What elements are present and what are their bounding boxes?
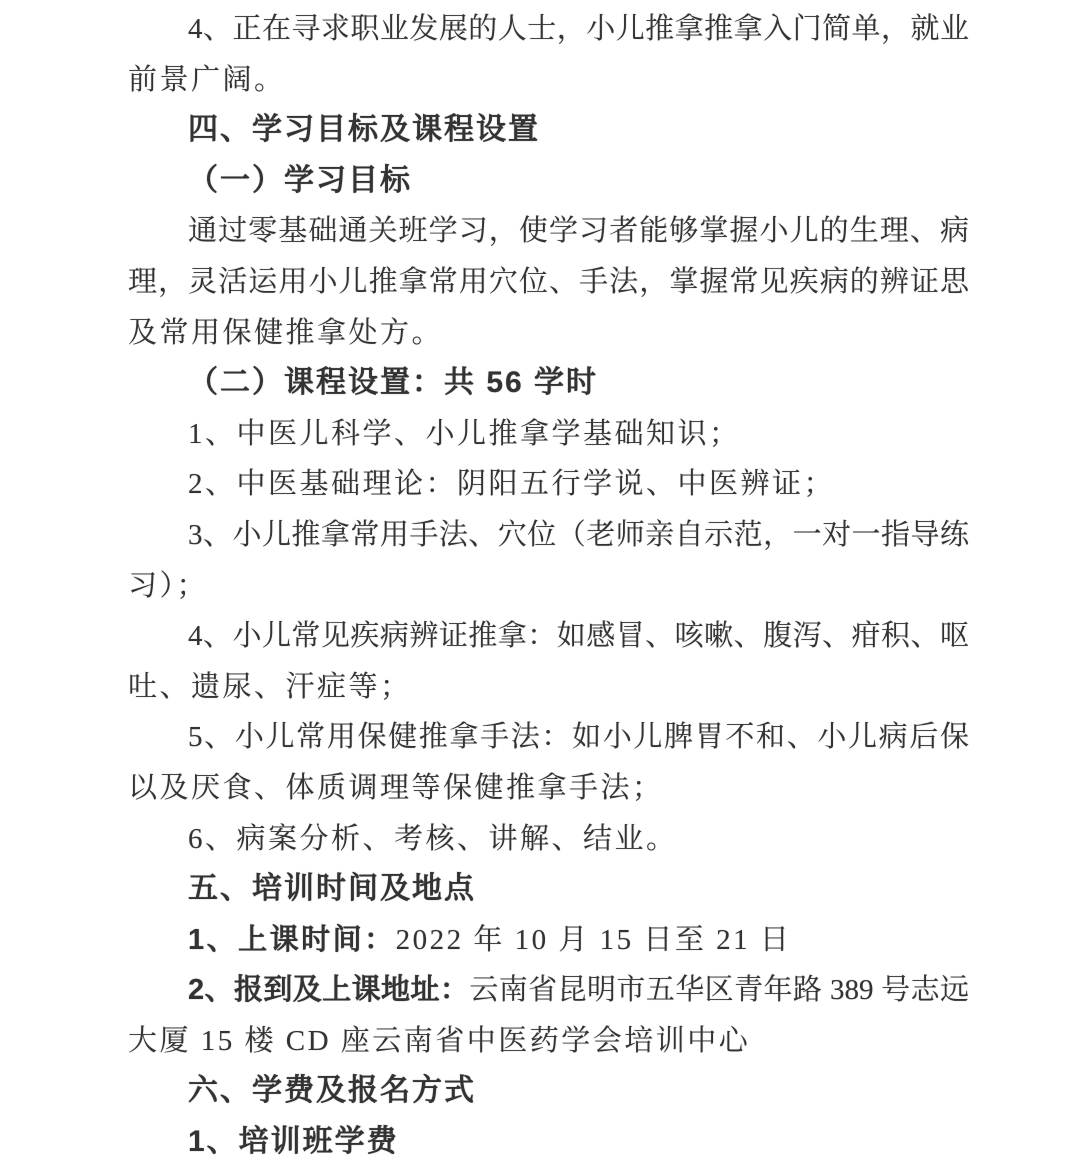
text-line: 5、小儿常用保健推拿手法：如小儿脾胃不和、小儿病后保健，	[128, 712, 969, 763]
heading-line: 1、培训班学费	[128, 1117, 969, 1168]
text-line: 大厦 15 楼 CD 座云南省中医药学会培训中心	[128, 1016, 969, 1067]
text-segment: 四、学习目标及课程设置	[188, 113, 540, 146]
heading-line: 四、学习目标及课程设置	[128, 105, 969, 156]
text-line: 吐、遗尿、汗症等；	[128, 662, 969, 713]
heading-line: 五、培训时间及地点	[128, 864, 969, 915]
text-segment: 通过零基础通关班学习，使学习者能够掌握小儿的生理、病	[188, 215, 969, 247]
text-segment: 六、学费及报名方式	[188, 1074, 476, 1107]
text-line: 前景广阔。	[128, 55, 969, 106]
text-segment: 及常用保健推拿处方。	[128, 317, 443, 349]
text-segment: 吐、遗尿、汗症等；	[128, 671, 412, 703]
text-line: 4、正在寻求职业发展的人士，小儿推拿推拿入门简单，就业	[128, 4, 969, 55]
text-line: 2、报到及上课地址：云南省昆明市五华区青年路 389 号志远	[128, 965, 969, 1016]
document-page: 4、正在寻求职业发展的人士，小儿推拿推拿入门简单，就业前景广阔。四、学习目标及课…	[0, 0, 1080, 1169]
heading-line: （一）学习目标	[128, 156, 969, 207]
text-segment: 6、病案分析、考核、讲解、结业。	[188, 823, 678, 855]
text-segment: 理，灵活运用小儿推拿常用穴位、手法，掌握常见疾病的辨证思	[128, 266, 969, 298]
heading-line: （二）课程设置：共 56 学时	[128, 358, 969, 409]
text-line: 1、上课时间：2022 年 10 月 15 日至 21 日	[128, 915, 969, 966]
text-segment: 1、培训班学费	[188, 1125, 399, 1158]
text-segment: 2022 年 10 月 15 日至 21 日	[396, 924, 792, 956]
text-segment: 1、中医儿科学、小儿推拿学基础知识；	[188, 418, 741, 450]
text-segment: 大厦 15 楼 CD 座云南省中医药学会培训中心	[128, 1025, 750, 1057]
text-segment: 3、小儿推拿常用手法、穴位（老师亲自示范，一对一指导练	[188, 519, 969, 551]
text-segment: 以及厌食、体质调理等保健推拿手法；	[128, 772, 664, 804]
text-line: 4、小儿常见疾病辨证推拿：如感冒、咳嗽、腹泻、疳积、呕	[128, 611, 969, 662]
text-segment: 1、上课时间：	[188, 924, 396, 956]
text-segment: 5、小儿常用保健推拿手法：如小儿脾胃不和、小儿病后保健，	[188, 721, 969, 763]
text-segment: 4、小儿常见疾病辨证推拿：如感冒、咳嗽、腹泻、疳积、呕	[188, 620, 969, 652]
text-line: 1、中医儿科学、小儿推拿学基础知识；	[128, 409, 969, 460]
text-line: 6、病案分析、考核、讲解、结业。	[128, 814, 969, 865]
text-segment: 习）；	[128, 570, 208, 602]
text-line: 及常用保健推拿处方。	[128, 308, 969, 359]
text-block: 4、正在寻求职业发展的人士，小儿推拿推拿入门简单，就业前景广阔。四、学习目标及课…	[128, 4, 969, 1168]
text-segment: 五、培训时间及地点	[188, 872, 476, 905]
text-segment: 云南省昆明市五华区青年路 389 号志远	[469, 974, 969, 1006]
text-segment: 2、报到及上课地址：	[188, 974, 469, 1006]
text-line: 理，灵活运用小儿推拿常用穴位、手法，掌握常见疾病的辨证思	[128, 257, 969, 308]
heading-line: 六、学费及报名方式	[128, 1066, 969, 1117]
text-line: 习）；	[128, 561, 969, 612]
text-segment: （二）课程设置：共 56 学时	[188, 366, 598, 399]
text-line: 以及厌食、体质调理等保健推拿手法；	[128, 763, 969, 814]
text-line: 通过零基础通关班学习，使学习者能够掌握小儿的生理、病	[128, 206, 969, 257]
text-segment: （一）学习目标	[188, 164, 412, 197]
text-segment: 前景广阔。	[128, 64, 286, 96]
text-line: 2、中医基础理论：阴阳五行学说、中医辨证；	[128, 459, 969, 510]
text-segment: 4、正在寻求职业发展的人士，小儿推拿推拿入门简单，就业	[188, 13, 969, 45]
text-line: 3、小儿推拿常用手法、穴位（老师亲自示范，一对一指导练	[128, 510, 969, 561]
text-segment: 2、中医基础理论：阴阳五行学说、中医辨证；	[188, 468, 835, 500]
